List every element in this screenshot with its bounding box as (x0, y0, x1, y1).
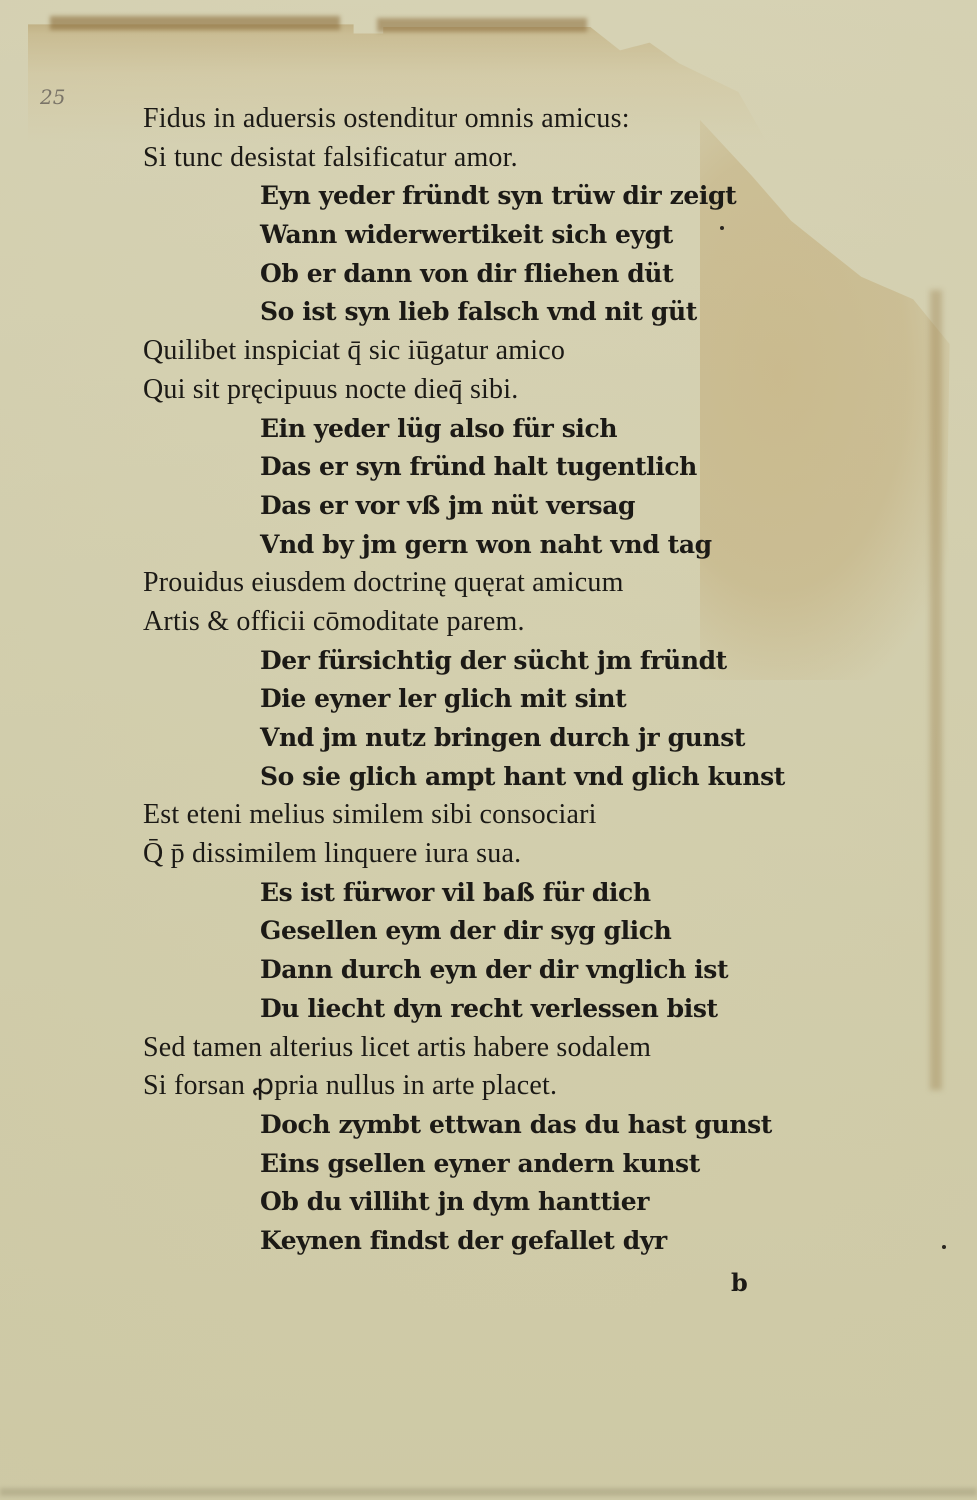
stain-band-left (50, 16, 340, 30)
german-line: Das er vor vß jm nüt versag (143, 487, 843, 526)
book-page: 25 Fidus in aduersis ostenditur omnis am… (0, 0, 977, 1500)
german-line: Vnd jm nutz bringen durch jr gunst (143, 719, 843, 758)
german-line: Keynen findst der gefallet dyr (143, 1222, 843, 1261)
german-line: Vnd by jm gern won naht vnd tag (143, 526, 843, 565)
latin-line: Est eteni melius similem sibi consociari (143, 796, 843, 835)
german-line: Ob er dann von dir fliehen düt (143, 255, 843, 294)
german-line: Doch zymbt ettwan das du hast gunst (143, 1106, 843, 1145)
german-line: Eins gsellen eyner andern kunst (143, 1145, 843, 1184)
latin-line: Fidus in aduersis ostenditur omnis amicu… (143, 100, 843, 139)
german-line: Du liecht dyn recht verlessen bist (143, 990, 843, 1029)
german-line: Die eyner ler glich mit sint (143, 680, 843, 719)
german-line: So sie glich ampt hant vnd glich kunst (143, 758, 843, 797)
stain-band-right (377, 18, 587, 32)
stain-right-edge (930, 290, 942, 1090)
latin-line: Prouidus eiusdem doctrinę quęrat amicum (143, 564, 843, 603)
latin-line: Artis & officii cōmoditate parem. (143, 603, 843, 642)
german-line: Wann widerwertikeit sich eygt (143, 216, 843, 255)
signature-mark: b (731, 1268, 748, 1297)
latin-line: Q̄ p̄ dissimilem linquere iura sua. (143, 835, 843, 874)
poem-text-block: Fidus in aduersis ostenditur omnis amicu… (143, 100, 843, 1261)
german-line: Der fürsichtig der sücht jm fründt (143, 642, 843, 681)
german-line: So ist syn lieb falsch vnd nit güt (143, 293, 843, 332)
german-line: Das er syn fründ halt tugentlich (143, 448, 843, 487)
german-line: Gesellen eym der dir syg glich (143, 912, 843, 951)
latin-line: Si forsan ꝓpria nullus in arte placet. (143, 1067, 843, 1106)
german-line: Ein yeder lüg also für sich (143, 410, 843, 449)
german-line: Dann durch eyn der dir vnglich ist (143, 951, 843, 990)
ink-speck (720, 226, 724, 230)
german-line: Eyn yeder fründt syn trüw dir zeigt (143, 177, 843, 216)
pencil-folio-number: 25 (40, 85, 65, 109)
latin-line: Sed tamen alterius licet artis habere so… (143, 1029, 843, 1068)
latin-line: Si tunc desistat falsificatur amor. (143, 139, 843, 178)
ink-speck (942, 1245, 946, 1249)
german-line: Ob du villiht jn dym hanttier (143, 1183, 843, 1222)
latin-line: Quilibet inspiciat q̄ sic iūgatur amico (143, 332, 843, 371)
german-line: Es ist fürwor vil baß für dich (143, 874, 843, 913)
latin-line: Qui sit pręcipuus nocte dieq̄ sibi. (143, 371, 843, 410)
page-bottom-edge (0, 1488, 977, 1496)
